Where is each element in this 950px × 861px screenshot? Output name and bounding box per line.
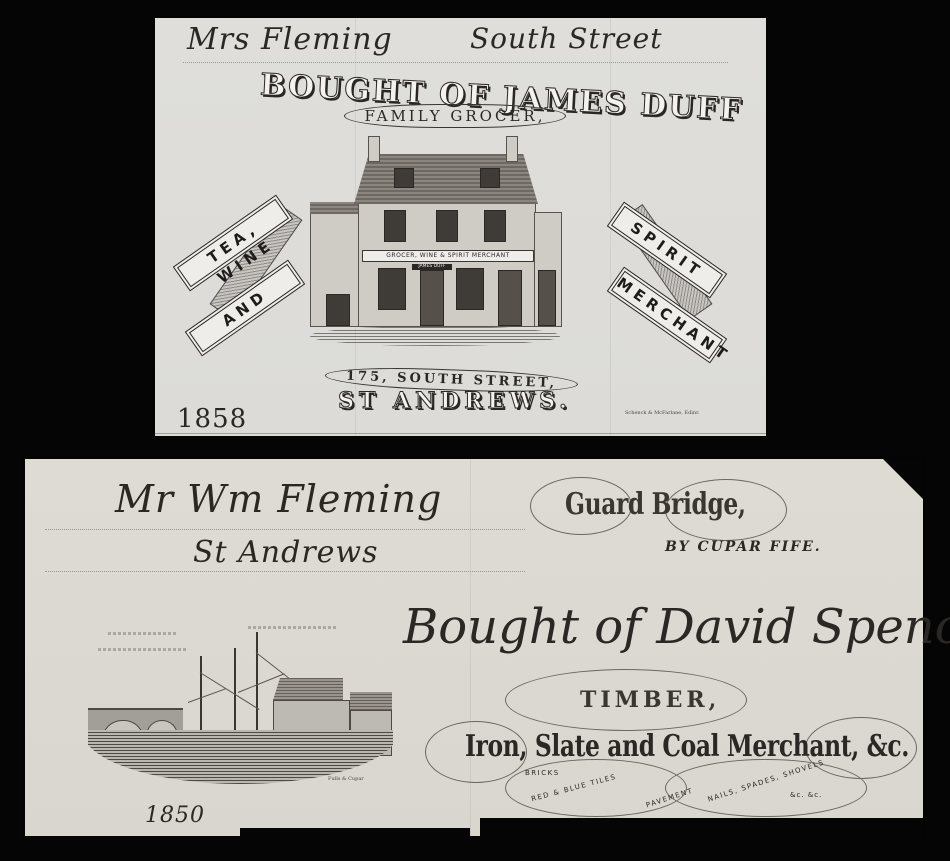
merchant-title: Bought of David Spence.: [403, 599, 950, 655]
printer-credit: Schenck & McFarlane, Edinr.: [625, 410, 700, 416]
rigging: [200, 672, 260, 710]
torn-edge: [25, 836, 923, 861]
trade-line: Iron, Slate and Coal Merchant, &c.: [465, 729, 950, 764]
place-subtitle: BY CUPAR FIFE.: [665, 539, 822, 555]
handwritten-recipient: Mrs Fleming: [187, 22, 393, 57]
trade-label-oval: FAMILY GROCER,: [330, 106, 580, 125]
warehouse-roof: [273, 678, 343, 700]
dormer-window: [394, 168, 414, 188]
james-duff-billhead: Mrs Fleming South Street BOUGHT OF JAMES…: [155, 18, 766, 436]
chimney: [368, 136, 380, 162]
place-name: Guard Bridge,: [565, 487, 797, 522]
ruled-margin-line: [155, 433, 766, 434]
yard-arm: [188, 688, 226, 703]
engraver-credit: Fulls & Cupar: [328, 776, 364, 782]
handwritten-address: South Street: [470, 22, 662, 55]
building-roof: [350, 692, 392, 710]
handwritten-recipient: Mr Wm Fleming: [115, 477, 442, 521]
address-rule: [45, 571, 525, 572]
trade-timber: TIMBER,: [580, 687, 720, 713]
goods-etc: &c. &c.: [790, 791, 822, 799]
address-rule: [45, 529, 525, 530]
fold-line: [610, 18, 611, 436]
side-roof: [310, 202, 358, 214]
window: [384, 210, 406, 242]
goods-loop: [505, 759, 687, 817]
chimney: [506, 136, 518, 162]
sky-hatching: [248, 626, 338, 629]
shop-window: [378, 268, 406, 310]
street-hatching: [310, 326, 560, 346]
handwritten-year: 1850: [145, 803, 205, 828]
trade-label: FAMILY GROCER,: [344, 104, 567, 128]
shop-window: [456, 268, 484, 310]
sky-hatching: [108, 632, 178, 635]
window: [484, 210, 506, 242]
place-name-text: Guard Bridge,: [565, 487, 746, 522]
side-door: [538, 270, 556, 326]
goods-bricks: BRICKS: [525, 769, 560, 777]
shop-fascia: GROCER, WINE & SPIRIT MERCHANT: [362, 250, 534, 262]
shop-engraving: GROCER, WINE & SPIRIT MERCHANT JAMES DUF…: [310, 130, 560, 340]
trade-line-text: Iron, Slate and Coal Merchant, &c.: [465, 729, 909, 764]
shop-door: [420, 270, 444, 326]
handwritten-address: St Andrews: [193, 535, 379, 570]
handwritten-year: 1858: [177, 404, 247, 434]
david-spence-billhead: Mr Wm Fleming St Andrews Guard Bridge, B…: [25, 459, 923, 840]
torn-edge: [480, 818, 923, 838]
sky-hatching: [98, 648, 188, 651]
side-window: [326, 294, 350, 326]
address-rule: [183, 62, 728, 63]
town-name: ST ANDREWS.: [315, 388, 595, 414]
torn-edge: [240, 828, 470, 840]
goods-loop: [665, 759, 867, 817]
harbour-engraving: Fulls & Cupar: [88, 612, 393, 784]
torn-corner: [883, 459, 923, 499]
shop-door: [498, 270, 522, 326]
window: [436, 210, 458, 242]
address-oval: 175, SOUTH STREET,: [325, 364, 556, 391]
dormer-window: [480, 168, 500, 188]
